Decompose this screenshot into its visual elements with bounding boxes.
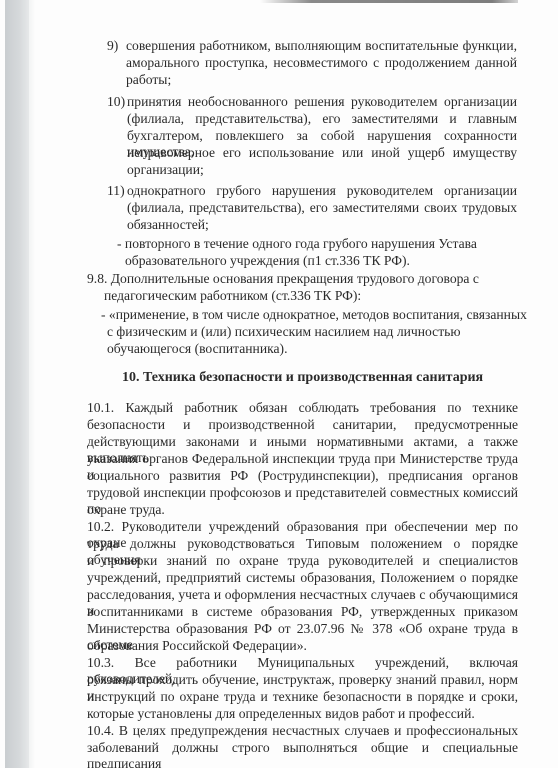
list-item-line: принятия необоснованного решения руковод…	[127, 94, 517, 110]
list-item-line: (филиала, представительства), его замест…	[127, 111, 517, 127]
list-item-line: однократного грубого нарушения руководит…	[127, 183, 517, 199]
paragraph-line: 10.4. В целях предупреждения несчастных …	[87, 723, 518, 739]
paragraph-line: безопасности и производственной санитари…	[87, 417, 518, 433]
clause-line: педагогическим работником (ст.336 ТК РФ)…	[104, 288, 361, 304]
dash-item-line: обучающегося (воспитанника).	[107, 341, 287, 357]
paragraph-line: инструкций по охране труда и технике без…	[87, 689, 518, 705]
paragraph-line: заболеваний должны строго выполняться об…	[87, 740, 518, 768]
dash-item-line: образовательного учреждения (п1 ст.336 Т…	[125, 253, 410, 269]
clause-line: 9.8. Дополнительные основания прекращени…	[87, 271, 479, 287]
paragraph-line: и проверки знаний по охране труда руково…	[87, 553, 518, 569]
list-item-marker: 9)	[107, 38, 118, 54]
dash-item-line: - «применение, в том числе однократное, …	[101, 307, 527, 323]
dash-item-line: - повторного в течение одного года грубо…	[117, 236, 477, 252]
list-item-line: аморального проступка, несовместимого с …	[126, 55, 517, 71]
paragraph-line: охране труда.	[87, 502, 165, 518]
list-item-line: обязанностей;	[127, 217, 209, 233]
document-page: 9) совершения работником, выполняющим во…	[0, 0, 558, 768]
paragraph-line: 10.1. Каждый работник обязан соблюдать т…	[87, 400, 518, 416]
dash-item-line: с физическим и (или) психическим насилие…	[107, 324, 461, 340]
paragraph-line: образования Российской Федерации».	[87, 638, 307, 654]
paragraph-line: которые установлены для определенных вид…	[87, 706, 475, 722]
section-title: 10. Техника безопасности и производствен…	[122, 369, 457, 387]
list-item-line: неправомерное его использование или иной…	[127, 145, 517, 161]
list-item-line: работы;	[126, 72, 171, 88]
list-item-line: организации;	[127, 162, 204, 178]
list-item-marker: 10)	[107, 94, 125, 110]
list-item-line: (филиала, представительства), его замест…	[127, 200, 517, 216]
list-item-line: совершения работником, выполняющим воспи…	[126, 38, 517, 54]
paragraph-line: учреждений, предприятий системы образова…	[87, 570, 518, 586]
paragraph-line: социального развития РФ (Рострудинспекци…	[87, 468, 518, 484]
list-item-marker: 11)	[107, 183, 125, 199]
paragraph-line: воспитанниками в системе образования РФ,…	[87, 604, 518, 620]
